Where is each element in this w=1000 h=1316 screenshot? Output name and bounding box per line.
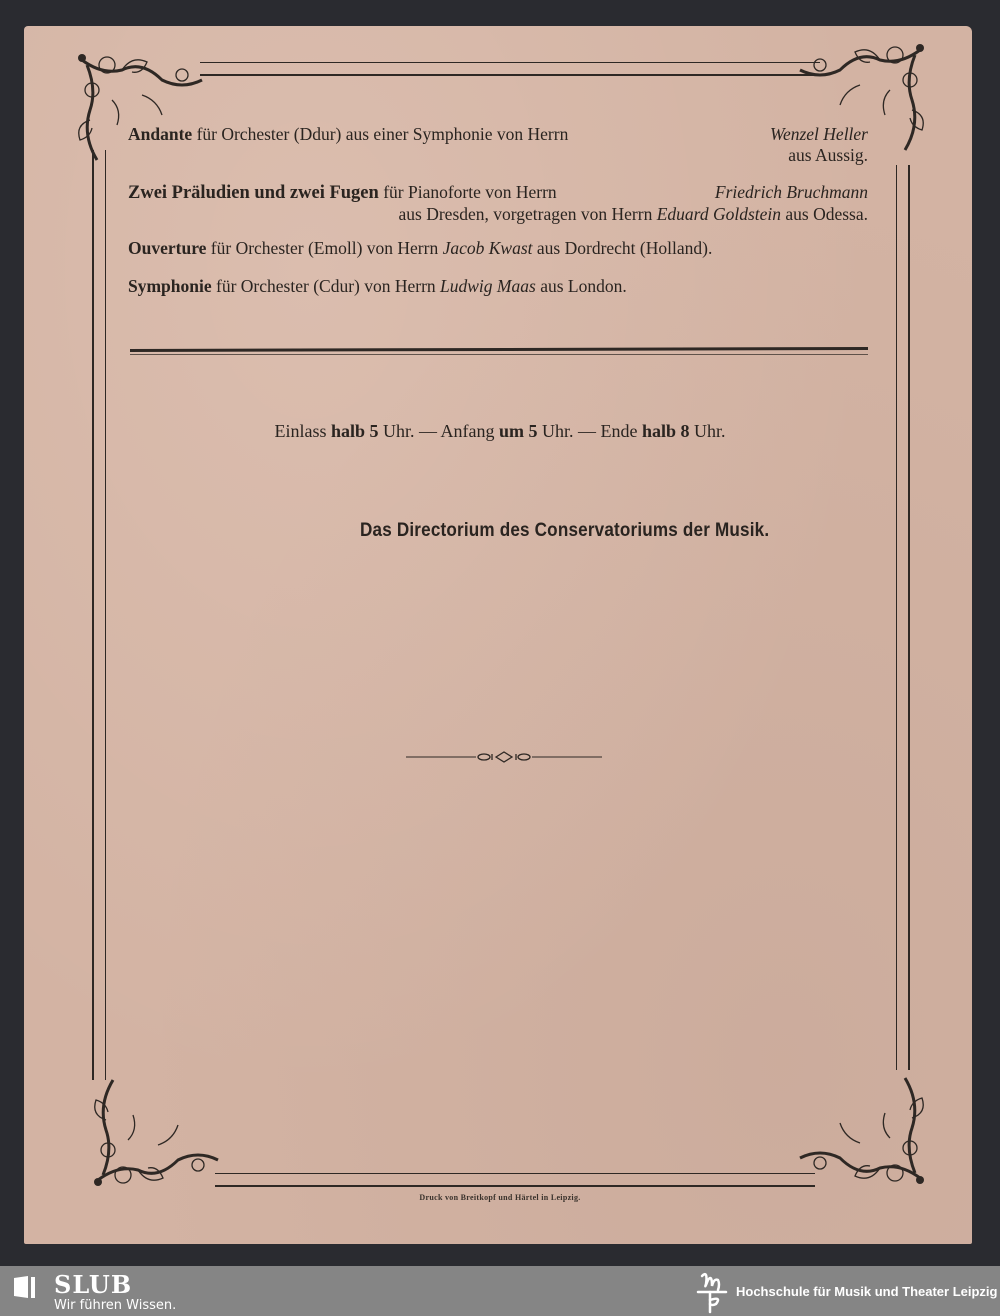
- frame-left-outer: [92, 150, 94, 1080]
- slub-tagline: Wir führen Wissen.: [54, 1298, 176, 1314]
- slub-book-icon: [12, 1274, 38, 1300]
- entry-description: für Orchester (Cdur) von Herrn: [212, 276, 440, 296]
- corner-ornament-bottom-right-icon: [790, 1068, 940, 1198]
- slub-name: SLUB: [54, 1272, 176, 1298]
- entry-title: Zwei Präludien und zwei Fugen: [128, 183, 379, 203]
- composer-name: Jacob Kwast: [443, 238, 533, 258]
- entry-description: für Orchester (Emoll) von Herrn: [206, 238, 442, 258]
- program-entry-andante: Andante für Orchester (Ddur) aus einer S…: [128, 124, 868, 166]
- einlass-time: halb 5: [331, 421, 379, 441]
- section-divider: [130, 348, 868, 355]
- frame-right-inner: [896, 165, 897, 1070]
- performer-origin: aus Odessa.: [781, 204, 868, 224]
- entry-origin: aus Aussig.: [128, 145, 868, 166]
- frame-bottom-outer: [215, 1185, 815, 1187]
- entry-title: Ouverture: [128, 238, 206, 258]
- anfang-label: Uhr. — Anfang: [379, 421, 500, 441]
- entry-description: für Orchester (Ddur) aus einer Symphonie…: [192, 124, 568, 144]
- entry-origin: aus Dordrecht (Holland).: [533, 238, 713, 258]
- hmt-logo-link[interactable]: Hochschule für Musik und Theater Leipzig: [694, 1268, 997, 1314]
- einlass-label: Einlass: [274, 421, 331, 441]
- frame-top-outer: [200, 62, 820, 63]
- composer-name: Ludwig Maas: [440, 276, 536, 296]
- ornamental-rule-icon: [406, 750, 602, 764]
- entry-title: Andante: [128, 124, 192, 144]
- frame-bottom-inner: [215, 1173, 815, 1174]
- hmt-institution-name: Hochschule für Musik und Theater Leipzig: [736, 1284, 997, 1299]
- entry-description: für Pianoforte von Herrn: [379, 182, 557, 202]
- printer-imprint: Druck von Breitkopf und Härtel in Leipzi…: [0, 1193, 1000, 1202]
- uhr-suffix: Uhr.: [690, 421, 726, 441]
- frame-right-outer: [908, 165, 910, 1070]
- program-entry-ouverture: Ouverture für Orchester (Emoll) von Herr…: [128, 238, 868, 259]
- frame-left-inner: [105, 150, 106, 1080]
- performer-name: Eduard Goldstein: [657, 204, 781, 224]
- ende-label: Uhr. — Ende: [538, 421, 642, 441]
- entry-origin: aus London.: [536, 276, 627, 296]
- anfang-time: um 5: [499, 421, 538, 441]
- entry-title: Symphonie: [128, 276, 212, 296]
- program-entry-symphonie: Symphonie für Orchester (Cdur) von Herrn…: [128, 276, 868, 297]
- composer-name: Friedrich Bruchmann: [715, 182, 868, 203]
- hmt-monogram-icon: [694, 1268, 730, 1314]
- schedule-line: Einlass halb 5 Uhr. — Anfang um 5 Uhr. —…: [0, 421, 1000, 442]
- signature: Das Directorium des Conservatoriums der …: [360, 520, 769, 542]
- footer-bar: SLUB Wir führen Wissen. Hochschule für M…: [0, 1266, 1000, 1316]
- frame-top-inner: [200, 74, 820, 76]
- entry-origin: aus Dresden, vorgetragen von Herrn: [399, 204, 657, 224]
- corner-ornament-bottom-left-icon: [78, 1070, 228, 1200]
- composer-name: Wenzel Heller: [770, 124, 868, 145]
- ende-time: halb 8: [642, 421, 690, 441]
- slub-logo-link[interactable]: SLUB Wir führen Wissen.: [12, 1272, 176, 1314]
- program-entry-praeludien: Zwei Präludien und zwei Fugen für Pianof…: [128, 182, 868, 225]
